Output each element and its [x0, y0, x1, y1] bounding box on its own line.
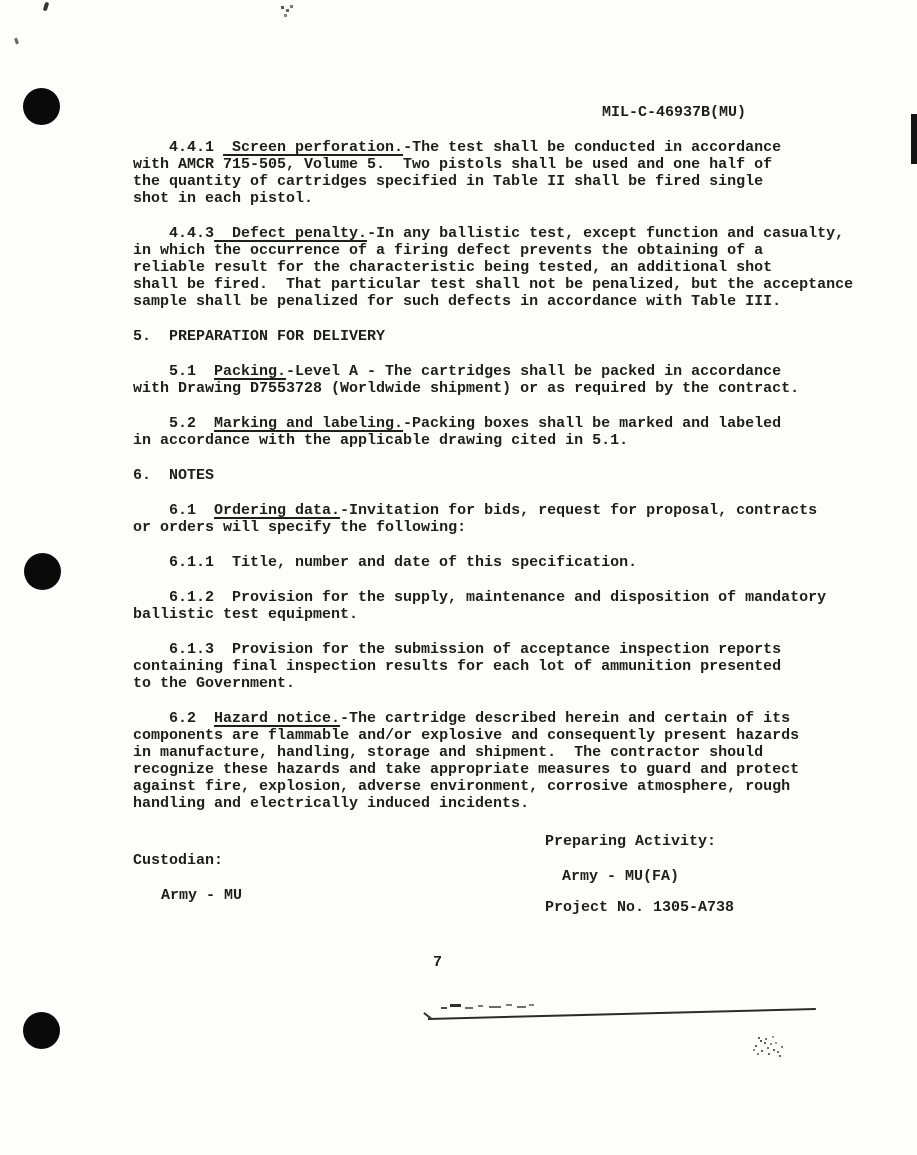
- spec-number: MIL-C-46937B(MU): [602, 104, 746, 121]
- text-segment: with AMCR: [133, 156, 223, 173]
- text-segment: 715-505, Volume 5.: [223, 156, 385, 173]
- text-segment: shall be fired. That particular test sha…: [133, 276, 853, 293]
- hole-punch-top: [23, 88, 60, 125]
- scan-smudge: [529, 1004, 534, 1006]
- text-line: 4.4.3 Defect penalty.-In any ballistic t…: [133, 225, 853, 242]
- text-line: containing final inspection results for …: [133, 658, 853, 675]
- text-line: 6.2 Hazard notice.-The cartridge describ…: [133, 710, 853, 727]
- text-line: 6.1 Ordering data.-Invitation for bids, …: [133, 502, 853, 519]
- scan-smudge: [517, 1006, 526, 1008]
- text-line: the quantity of cartridges specified in …: [133, 173, 853, 190]
- text-segment: Packing.: [214, 363, 286, 380]
- text-segment: the following:: [331, 519, 466, 536]
- text-line: reliable result for the characteristic b…: [133, 259, 853, 276]
- text-segment: 6.1: [133, 502, 214, 519]
- scan-smudge: [450, 1004, 461, 1007]
- text-segment: in accord: [133, 432, 214, 449]
- text-segment: -Invitation for bids, request for propos…: [340, 502, 817, 519]
- bottom-scan-line: [428, 1008, 816, 1020]
- scan-smudge: [489, 1006, 501, 1008]
- text-segment: ing D755: [214, 380, 286, 397]
- text-segment: 4.4.1: [133, 139, 232, 156]
- text-segment: shot in each pistol.: [133, 190, 313, 207]
- text-line: handling and electrically induced incide…: [133, 795, 853, 812]
- text-segment: the quantity of cartridges specified in …: [133, 173, 763, 190]
- scan-smudge: [441, 1007, 447, 1009]
- text-segment: containing final inspection results for …: [133, 658, 781, 675]
- right-edge-scan-bar: [911, 114, 917, 164]
- preparing-activity-label: Preparing Activity:: [545, 833, 716, 850]
- text-segment: 6.1.1 Title, number and date of this spe…: [133, 554, 637, 571]
- section-4-4-1: 4.4.1 Screen perforation.-The test shall…: [133, 139, 853, 207]
- text-line: in accordance with the applicable drawin…: [133, 432, 853, 449]
- text-segment: icable drawing cited in 5.1.: [376, 432, 628, 449]
- scan-smudge-top-center: [281, 6, 284, 9]
- text-segment: 6.1.3 Provision for the submission of ac…: [133, 641, 781, 658]
- text-line: shall be fired. That particular test sha…: [133, 276, 853, 293]
- text-line: 5.2 Marking and labeling.-Packing boxes …: [133, 415, 853, 432]
- section-5-1: 5.1 Packing.-Level A - The cartridges sh…: [133, 363, 853, 397]
- text-line: against fire, explosion, adverse environ…: [133, 778, 853, 795]
- text-segment: 6.1.2 Provision for the supply, maintena…: [133, 589, 826, 606]
- text-line: 5.1 Packing.-Level A - The cartridges sh…: [133, 363, 853, 380]
- text-segment: -The test shall be conducted in accordan…: [403, 139, 781, 156]
- document-body: 4.4.1 Screen perforation.-The test shall…: [133, 139, 853, 830]
- text-line: to the Government.: [133, 675, 853, 692]
- section-6-1-3: 6.1.3 Provision for the submission of ac…: [133, 641, 853, 692]
- heading-6: 6. NOTES: [133, 467, 853, 484]
- text-segment: -Level A - The cartridges shall be packe…: [286, 363, 781, 380]
- text-line: components are flammable and/or explosiv…: [133, 727, 853, 744]
- text-segment: -Packing boxes shall be marked and label…: [403, 415, 781, 432]
- heading-5: 5. PREPARATION FOR DELIVERY: [133, 328, 853, 345]
- text-line: with AMCR 715-505, Volume 5. Two pistols…: [133, 156, 853, 173]
- text-segment: 5. PREPARATION FOR DELIVERY: [133, 328, 385, 345]
- text-segment: to the Government.: [133, 675, 295, 692]
- text-segment: 3728 (Worldwide shipment) or as required…: [286, 380, 799, 397]
- custodian-label: Custodian:: [133, 852, 223, 869]
- text-segment: 6. NOTES: [133, 467, 214, 484]
- text-line: 4.4.1 Screen perforation.-The test shall…: [133, 139, 853, 156]
- text-segment: recognize these hazards and take appropr…: [133, 761, 799, 778]
- scan-smudge-left: [14, 38, 19, 45]
- text-line: ballistic test equipment.: [133, 606, 853, 623]
- section-4-4-3: 4.4.3 Defect penalty.-In any ballistic t…: [133, 225, 853, 310]
- text-line: 6.1.3 Provision for the submission of ac…: [133, 641, 853, 658]
- text-segment: Ordering data.: [214, 502, 340, 519]
- text-line: 5. PREPARATION FOR DELIVERY: [133, 328, 853, 345]
- text-segment: or orders: [133, 519, 223, 536]
- text-line: in which the occurrence of a firing defe…: [133, 242, 853, 259]
- text-segment: in manufacture, handling, storage and sh…: [133, 744, 763, 761]
- preparing-activity-value: Army - MU(FA): [562, 868, 679, 885]
- scan-smudge-top-left: [43, 2, 50, 12]
- text-segment: will specify: [223, 519, 331, 536]
- scanned-document-page: MIL-C-46937B(MU) 4.4.1 Screen perforatio…: [0, 0, 917, 1155]
- hole-punch-middle: [24, 553, 61, 590]
- scan-smudge: [478, 1005, 483, 1007]
- text-segment: components: [133, 727, 232, 744]
- text-segment: ance with the appl: [214, 432, 376, 449]
- text-segment: Defect penalty.: [232, 225, 367, 242]
- hole-punch-bottom: [23, 1012, 60, 1049]
- text-segment: 5.2: [133, 415, 214, 432]
- text-line: with Drawing D7553728 (Worldwide shipmen…: [133, 380, 853, 397]
- scan-smudge: [506, 1004, 512, 1006]
- section-6-1-1: 6.1.1 Title, number and date of this spe…: [133, 554, 853, 571]
- text-segment: Screen perforation.: [232, 139, 403, 156]
- text-segment: of a firing defect prevents the obtainin…: [340, 242, 763, 259]
- text-line: 6. NOTES: [133, 467, 853, 484]
- text-segment: Marking and labeling.: [214, 415, 403, 432]
- custodian-value: Army - MU: [161, 887, 242, 904]
- section-5-2: 5.2 Marking and labeling.-Packing boxes …: [133, 415, 853, 449]
- section-6-2: 6.2 Hazard notice.-The cartridge describ…: [133, 710, 853, 812]
- section-6-1-2: 6.1.2 Provision for the supply, maintena…: [133, 589, 853, 623]
- page-number: 7: [433, 954, 442, 971]
- text-segment: le and/or explosive and consequently pre…: [331, 727, 799, 744]
- text-segment: ballistic test equipment.: [133, 606, 358, 623]
- speckle-cluster-bottom-right: [760, 1040, 762, 1042]
- text-segment: are flammab: [232, 727, 331, 744]
- text-line: recognize these hazards and take appropr…: [133, 761, 853, 778]
- text-line: in manufacture, handling, storage and sh…: [133, 744, 853, 761]
- project-number: Project No. 1305-A738: [545, 899, 734, 916]
- text-segment: Hazard notice.: [214, 710, 340, 727]
- text-segment: Two pistols shall be used and one half o…: [385, 156, 772, 173]
- text-segment: 6.2: [133, 710, 214, 727]
- text-line: shot in each pistol.: [133, 190, 853, 207]
- text-segment: -In any ballistic test, except function …: [367, 225, 844, 242]
- text-segment: reliable result for the characteristic b…: [133, 259, 772, 276]
- text-segment: handling and electrically induced incide…: [133, 795, 529, 812]
- text-segment: 4.4.3: [133, 225, 232, 242]
- text-line: 6.1.2 Provision for the supply, maintena…: [133, 589, 853, 606]
- text-segment: 5.1: [133, 363, 214, 380]
- text-segment: the occurrence: [214, 242, 340, 259]
- scan-smudge: [465, 1007, 473, 1009]
- section-6-1: 6.1 Ordering data.-Invitation for bids, …: [133, 502, 853, 536]
- text-segment: in which: [133, 242, 214, 259]
- text-segment: sample shall be penalized for such defec…: [133, 293, 781, 310]
- text-segment: -The cartridge described herein and cert…: [340, 710, 790, 727]
- text-line: sample shall be penalized for such defec…: [133, 293, 853, 310]
- text-line: or orders will specify the following:: [133, 519, 853, 536]
- text-line: 6.1.1 Title, number and date of this spe…: [133, 554, 853, 571]
- text-segment: against fire, explosion, adverse environ…: [133, 778, 790, 795]
- text-segment: with Draw: [133, 380, 214, 397]
